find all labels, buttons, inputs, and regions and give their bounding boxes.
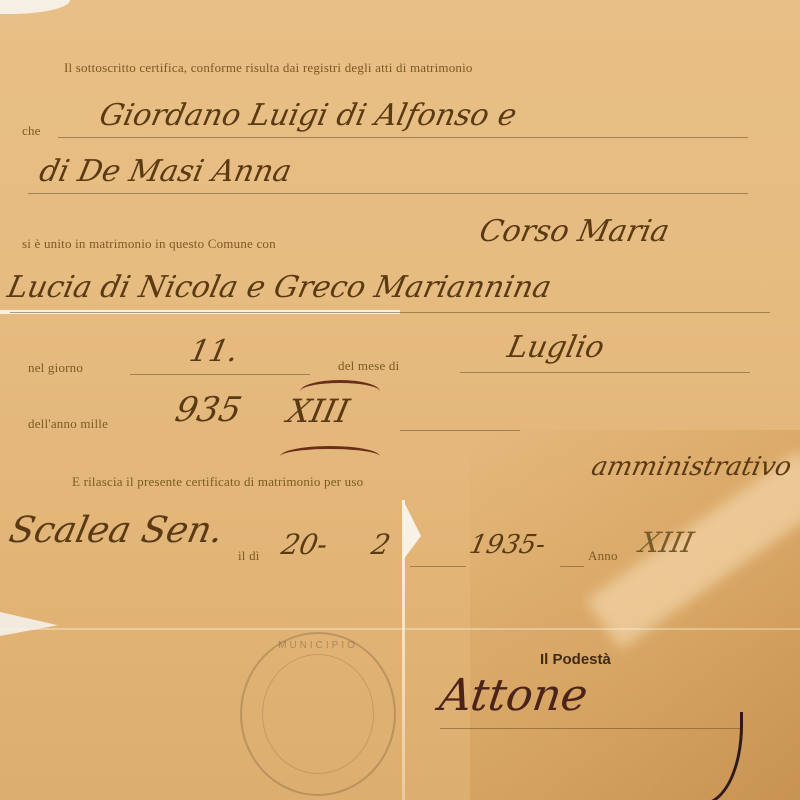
stamp-inner-ring xyxy=(262,654,374,774)
torn-corner xyxy=(0,0,70,14)
podesta-signature: Attone xyxy=(436,670,590,721)
marriage-day: 11. xyxy=(186,334,241,369)
fold-crease-lower xyxy=(0,628,800,630)
label-che: che xyxy=(22,123,41,139)
label-month: del mese di xyxy=(338,358,399,374)
overline-flourish xyxy=(300,380,380,403)
fill-line xyxy=(58,137,748,138)
torn-notch xyxy=(403,500,421,560)
label-year: dell'anno mille xyxy=(28,416,108,432)
marriage-certificate: Il sottoscritto certifica, conforme risu… xyxy=(0,0,800,800)
fill-line xyxy=(28,193,748,194)
marriage-month: Luglio xyxy=(504,330,607,365)
groom-name-line1: Giordano Luigi di Alfonso e xyxy=(96,98,519,133)
fill-line xyxy=(460,372,750,373)
intro-text: Il sottoscritto certifica, conforme risu… xyxy=(64,60,473,76)
marriage-year: 935 xyxy=(172,390,245,430)
issue-month: 2 xyxy=(368,528,393,561)
label-issued-for: E rilascia il presente certificato di ma… xyxy=(72,474,363,490)
fill-line xyxy=(10,312,770,313)
stamp-text: MUNICIPIO xyxy=(242,640,394,651)
label-il-di: il dì xyxy=(238,548,260,564)
issue-place: Scalea Sen. xyxy=(6,510,227,551)
label-united: si è unito in matrimonio in questo Comun… xyxy=(22,236,276,252)
bride-name-line1: Corso Maria xyxy=(476,214,672,249)
issue-day: 20- xyxy=(278,528,330,561)
torn-edge-left xyxy=(0,612,58,636)
issue-year: 1935- xyxy=(467,530,548,560)
certificate-use: amministrativo xyxy=(589,452,794,482)
signature-tail-stroke xyxy=(690,712,743,800)
bride-name-line2: Lucia di Nicola e Greco Mariannina xyxy=(4,270,554,305)
fill-line xyxy=(560,566,584,567)
fill-line xyxy=(410,566,466,567)
label-day: nel giorno xyxy=(28,360,83,376)
fill-line xyxy=(130,374,310,375)
podesta-label: Il Podestà xyxy=(540,651,611,668)
underline-flourish xyxy=(280,446,380,467)
groom-name-line2: di De Masi Anna xyxy=(36,154,294,189)
label-anno: Anno xyxy=(588,548,618,564)
paper-shadow xyxy=(470,430,800,800)
fill-line xyxy=(400,430,520,431)
issue-fascist-year: XIII xyxy=(636,526,696,559)
municipal-stamp: MUNICIPIO xyxy=(240,632,396,796)
